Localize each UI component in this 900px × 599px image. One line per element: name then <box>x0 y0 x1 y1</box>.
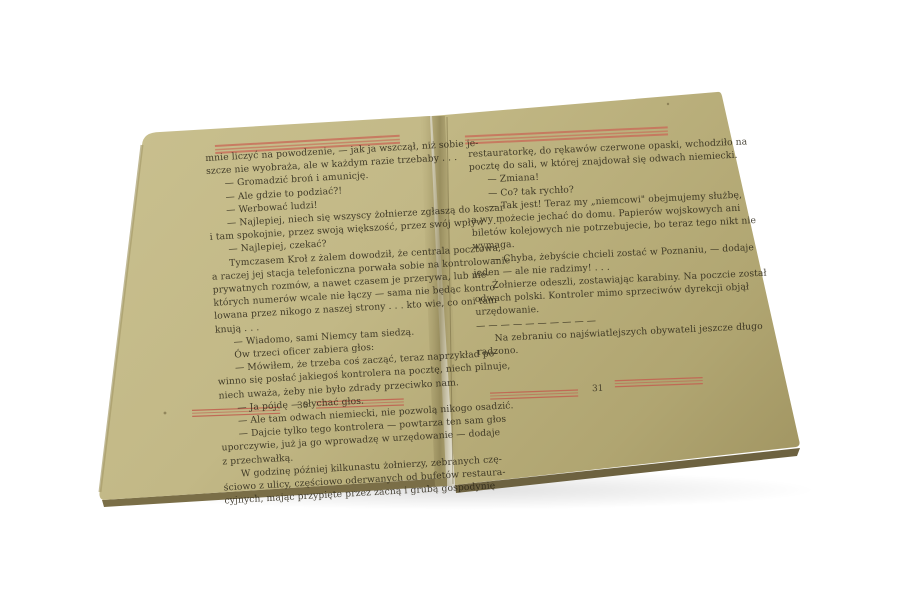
left-page-number: 30 <box>297 401 309 411</box>
book-photo: mnie liczyć na powodzenie, — jak ja wszc… <box>0 0 900 599</box>
left-page-text: mnie liczyć na powodzenie, — jak ja wszc… <box>205 141 430 508</box>
right-page-text: restauratorkę, do rękawów czerwone opask… <box>468 138 692 359</box>
right-page-number: 31 <box>592 384 604 394</box>
